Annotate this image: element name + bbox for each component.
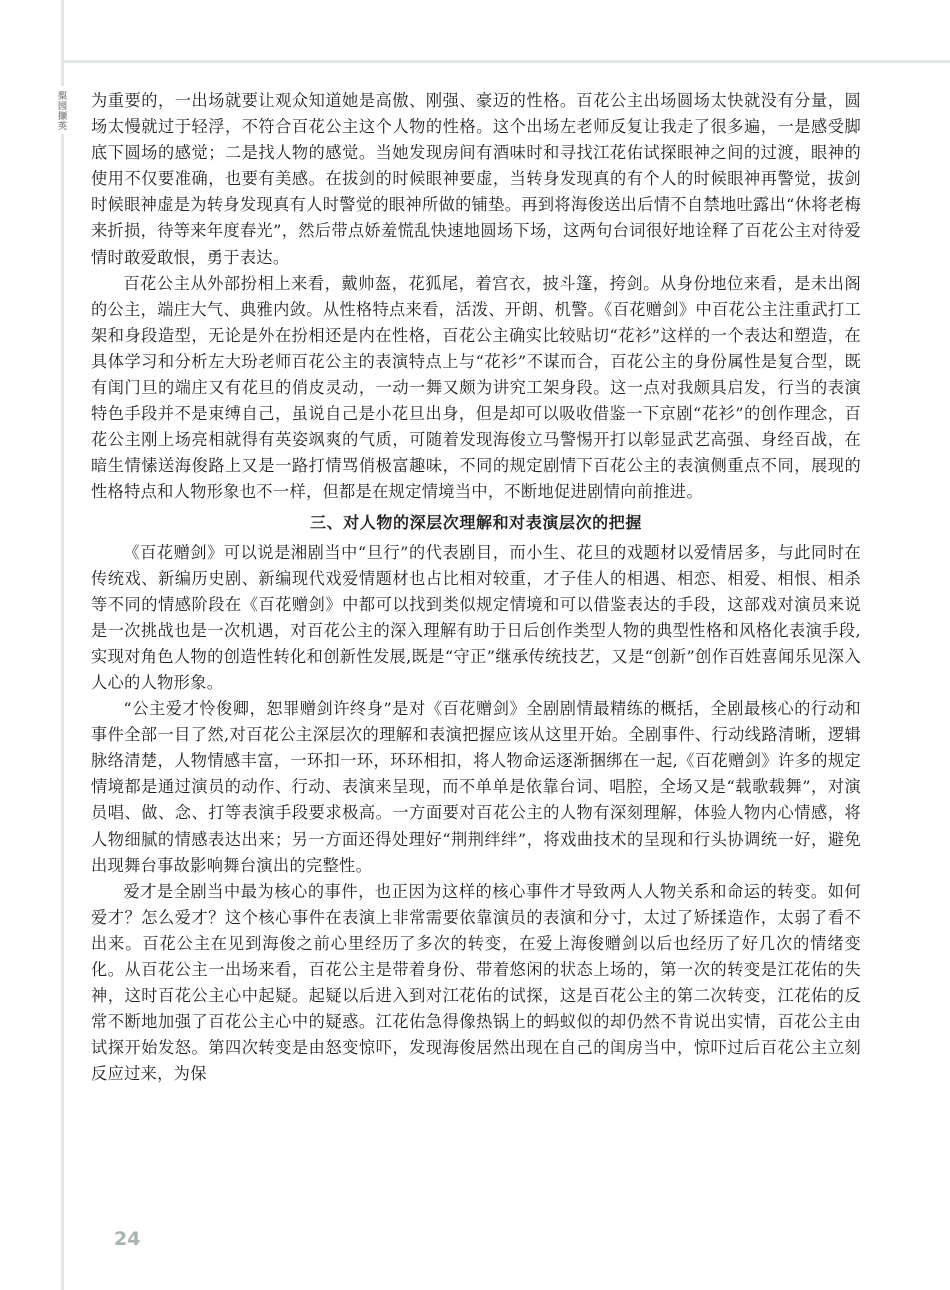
margin-rule [61, 134, 64, 1290]
column-label: 梨园撷英 [56, 92, 69, 132]
section-heading: 三、对人物的深层次理解和对表演层次的把握 [91, 510, 861, 536]
paragraph: 为重要的，一出场就要让观众知道她是高傲、刚强、豪迈的性格。百花公主出场圆场太快就… [91, 88, 861, 271]
page-number: 24 [114, 1228, 140, 1250]
paragraph: 《百花赠剑》可以说是湘剧当中“旦行”的代表剧目，而小生、花旦的戏题材以爱情居多，… [91, 540, 861, 697]
paragraph: 爱才是全剧当中最为核心的事件，也正因为这样的核心事件才导致两人人物关系和命运的转… [91, 879, 861, 1088]
paragraph: 百花公主从外部扮相上来看，戴帅盔，花狐尾，着宫衣，披斗篷，挎剑。从身份地位来看，… [91, 271, 861, 506]
article-body: 为重要的，一出场就要让观众知道她是高傲、刚强、豪迈的性格。百花公主出场圆场太快就… [91, 88, 861, 1087]
paragraph: “公主爱才怜俊卿，恕罪赠剑许终身”是对《百花赠剑》全剧剧情最精练的概括，全剧最核… [91, 696, 861, 879]
header-rule [61, 60, 950, 63]
margin-rule-top [61, 0, 64, 86]
